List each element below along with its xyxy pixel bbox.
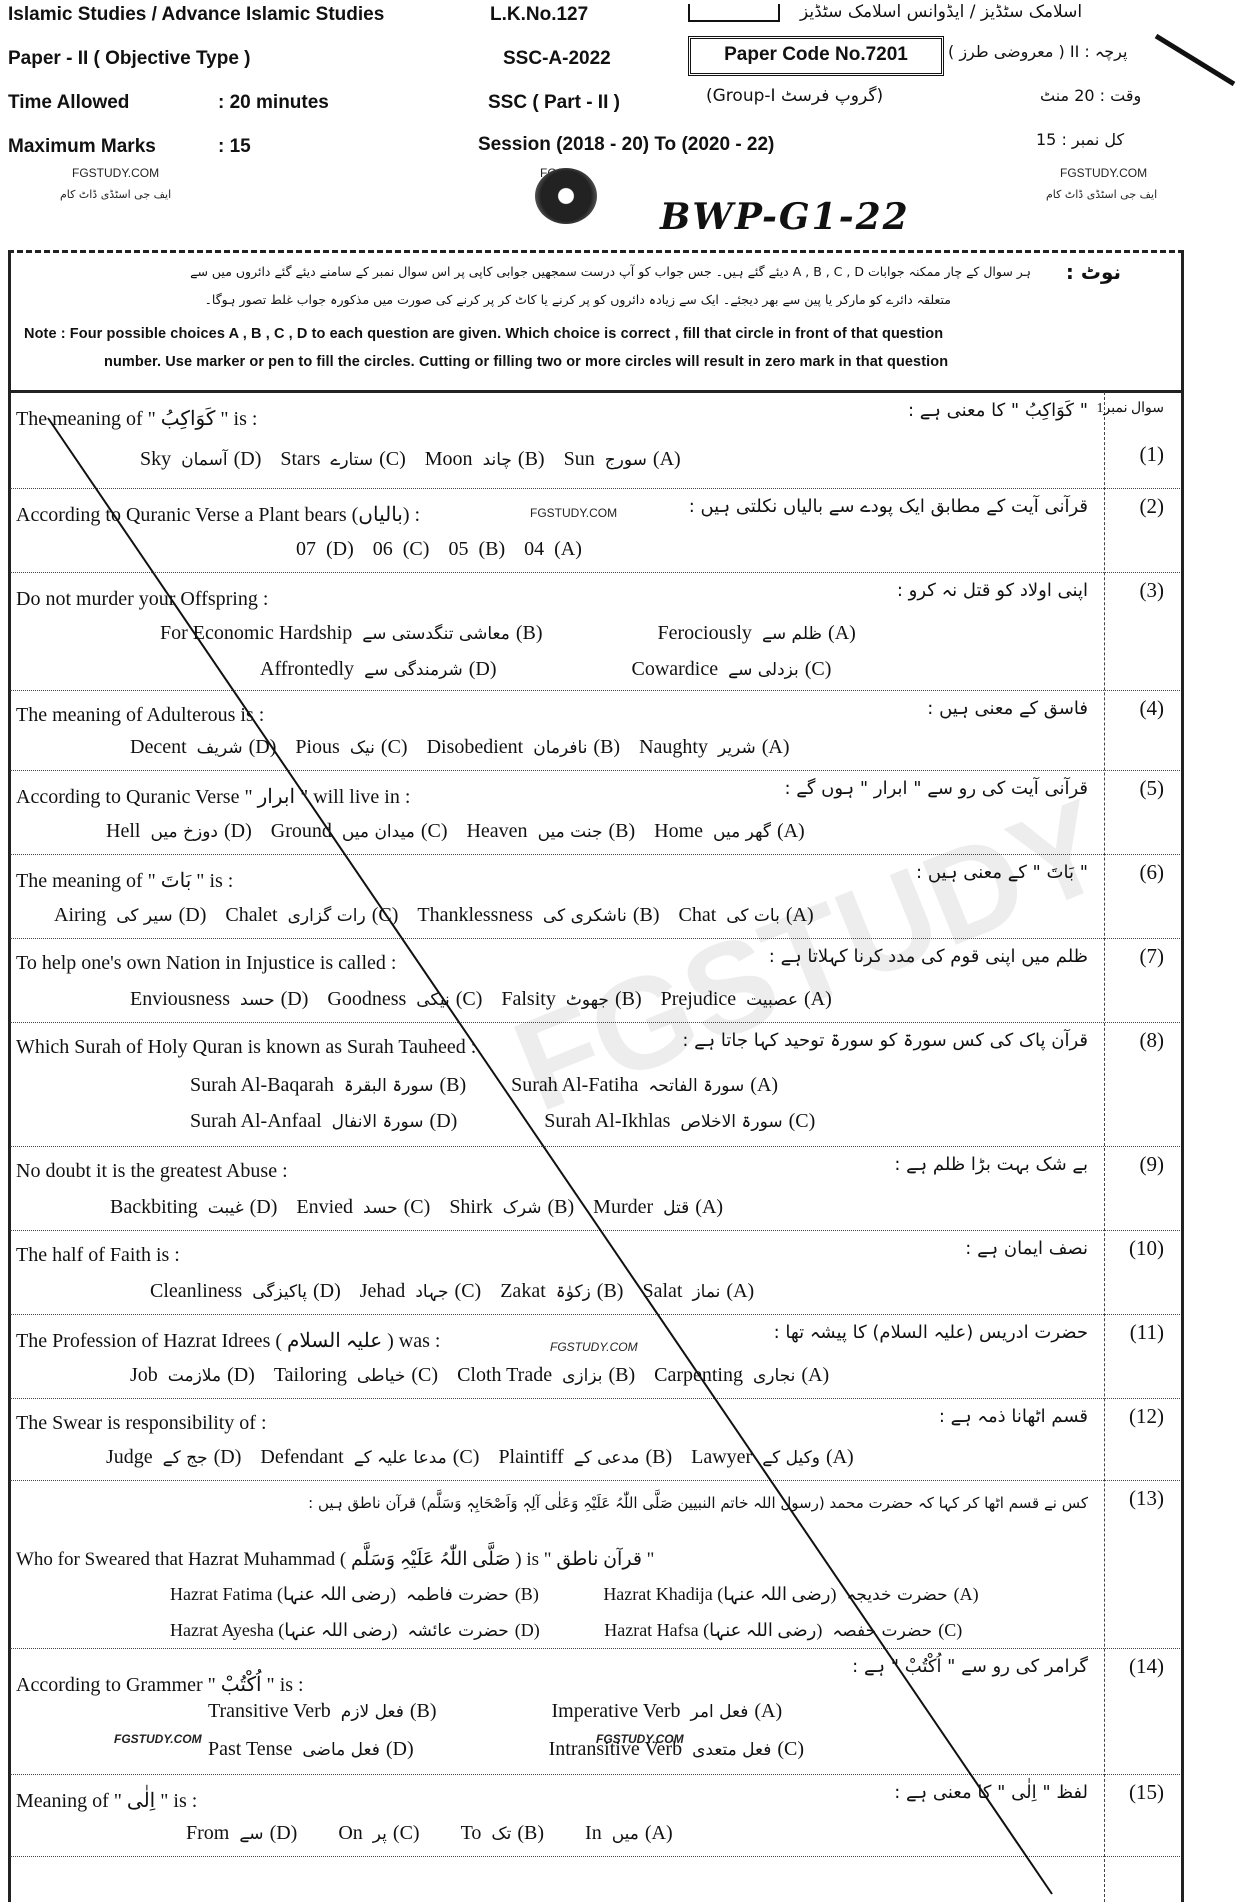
question-number: (15) [1129,1780,1164,1805]
question-text-en: The meaning of " بَاتَ " is : [16,868,233,893]
question-number: (1) [1140,442,1165,467]
question-text-ur: قرآنی آیت کے مطابق ایک پودے سے بالیاں نک… [689,496,1088,517]
question-number: (8) [1140,1028,1165,1053]
note-text-en-2: number. Use marker or pen to fill the ci… [104,354,948,370]
option-b[interactable]: Cloth Tradeبزازی(B) [457,1364,635,1387]
options: 07(D) 06(C) 05(B) 04(A) [296,538,596,561]
options: Backbitingغیبت(D) Enviedحسد(C) Shirkشرک(… [110,1196,737,1219]
option-a[interactable]: Surah Al-Fatihaسورۃ الفاتحہ(A) [511,1074,778,1097]
question-13: کس نے قسم اٹھا کر کہا کہ حضرت محمد (رسول… [10,1480,1180,1649]
question-text-ur: قرآن پاک کی کس سورۃ کو سورۃ توحید کہا جا… [682,1030,1088,1051]
option-c[interactable]: Groundمیدان میں(C) [271,820,448,843]
question-8: Which Surah of Holy Quran is known as Su… [10,1022,1180,1147]
options: Fromسے(D) Onپر(C) Toتک(B) Inمیں(A) [186,1822,687,1845]
option-c[interactable]: Starsستارے(C) [280,448,405,471]
option-b[interactable]: Moonچاند(B) [425,448,545,471]
option-c[interactable]: Hazrat Hafsa (رضی اللہ عنہا)حضرت حفصہ(C) [604,1620,962,1641]
option-d[interactable]: Enviousnessحسد(D) [130,988,308,1011]
lk-number: L.K.No.127 [490,4,588,26]
paper-type: Paper - II ( Objective Type ) [8,48,251,70]
question-text-en: Do not murder your Offspring : [16,588,268,611]
option-b[interactable]: Hazrat Fatima (رضی اللہ عنہا)حضرت فاطمہ(… [170,1584,539,1605]
session: Session (2018 - 20) To (2020 - 22) [478,134,774,156]
exam-code: SSC-A-2022 [503,48,611,70]
options: Enviousnessحسد(D) Goodnessنیکی(C) Falsit… [130,988,846,1011]
option-d[interactable]: Hellدوزخ میں(D) [106,820,252,843]
question-text-en: The meaning of " کَوَاکِبُ " is : [16,406,257,431]
option-c[interactable]: Cowardiceبزدلی سے(C) [631,658,831,681]
question-text-ur: قسم اٹھانا ذمہ ہے : [939,1406,1088,1427]
option-c[interactable]: Intransitive Verbفعل متعدی(C) [549,1738,804,1761]
option-d[interactable]: Affrontedlyشرمندگی سے(D) [260,658,496,681]
option-a[interactable]: Inمیں(A) [585,1822,673,1845]
option-b[interactable]: Thanklessnessناشکری کی(B) [417,904,659,927]
options-row-1: Surah Al-Baqarahسورۃ البقرۃ(B) Surah Al-… [190,1074,792,1097]
options-row-1: For Economic Hardshipمعاشی تنگدستی سے(B)… [160,622,870,645]
options: Hellدوزخ میں(D) Groundمیدان میں(C) Heave… [106,820,819,843]
question-1: The meaning of " کَوَاکِبُ " is : " کَوَ… [10,392,1180,489]
question-12: The Swear is responsibility of : قسم اٹھ… [10,1398,1180,1481]
option-c[interactable]: Jehadجہاد(C) [360,1280,481,1303]
pen-strike-icon [1150,30,1240,90]
watermark: FGSTUDY.COM [530,506,617,520]
paper-code-box: Paper Code No.7201 [688,36,944,76]
question-text-ur: اپنی اولاد کو قتل نہ کرو : [897,580,1088,601]
option-d[interactable]: Skyآسمان(D) [140,448,261,471]
paper-ur: پرچہ : II ( معروضی طرز ) [948,42,1127,61]
question-number: (14) [1129,1654,1164,1679]
subject-title-ur: اسلامک سٹڈیز / ایڈوانس اسلامک سٹڈیز [800,2,1082,22]
option-a[interactable]: Lawyerوکیل کے(A) [691,1446,854,1469]
options-row-2: Hazrat Ayesha (رضی اللہ عنہا)حضرت عائشہ(… [170,1620,976,1641]
question-4: The meaning of Adulterous is : فاسق کے م… [10,690,1180,771]
option-b[interactable]: Zakatزکوٰۃ(B) [500,1280,623,1303]
question-text-ur: گرامر کی رو سے " اُكْتُبْ " ہے : [852,1656,1088,1677]
question-text-en: According to Grammer " اُكْتُبْ " is : [16,1672,304,1697]
option-c[interactable]: Piousنیک(C) [295,736,407,759]
option-b[interactable]: Disobedientنافرمان(B) [427,736,621,759]
question-text-en: Which Surah of Holy Quran is known as Su… [16,1036,476,1059]
watermark: FGSTUDY.COM [114,1732,202,1746]
marks-value: : 15 [218,136,251,158]
question-text-en: The half of Faith is : [16,1244,180,1267]
watermark-ur: ایف جی اسٹڈی ڈاٹ کام [60,188,171,201]
option-a[interactable]: Salatنماز(A) [642,1280,754,1303]
question-10: The half of Faith is : نصف ایمان ہے : (1… [10,1230,1180,1315]
option-d[interactable]: Decentشریف(D) [130,736,276,759]
question-text-ur: حضرت ادریس (علیہ السلام) کا پیشہ تھا : [774,1322,1088,1343]
urdu-title-box [688,4,780,22]
question-text-ur: فاسق کے معنی ہیں : [927,698,1088,719]
question-9: No doubt it is the greatest Abuse : بے ش… [10,1146,1180,1231]
option-b[interactable]: Falsityجھوٹ(B) [501,988,641,1011]
option-d[interactable]: Surah Al-Anfaalسورۃ الانفال(D) [190,1110,457,1133]
question-11: The Profession of Hazrat Idrees ( علیہ ا… [10,1314,1180,1399]
option-a[interactable]: Homeگھر میں(A) [654,820,805,843]
time-ur: وقت : 20 منٹ [1040,86,1141,105]
question-text-en: Meaning of " اِلٰی " is : [16,1788,197,1813]
question-number: (11) [1130,1320,1164,1345]
option-d[interactable]: Fromسے(D) [186,1822,297,1845]
options: Decentشریف(D) Piousنیک(C) Disobedientناف… [130,736,804,759]
option-a[interactable]: Sunسورج(A) [564,448,681,471]
options: Cleanlinessپاکیزگی(D) Jehadجہاد(C) Zakat… [150,1280,768,1303]
options-row-1: Transitive Verbفعل لازم(B) Imperative Ve… [208,1700,796,1723]
option-b[interactable]: Plaintiffمدعی کے(B) [498,1446,672,1469]
question-text-ur: " بَاتَ " کے معنی ہیں : [916,862,1088,883]
option-c[interactable]: Enviedحسد(C) [296,1196,430,1219]
option-c[interactable]: Surah Al-Ikhlasسورۃ الاخلاص(C) [544,1110,815,1133]
options: Jobملازمت(D) Tailoringخیاطی(C) Cloth Tra… [130,1364,843,1387]
option-d[interactable]: Cleanlinessپاکیزگی(D) [150,1280,341,1303]
handwritten-code: BWP-G1-22 [660,196,910,238]
option-b[interactable]: Heavenجنت میں(B) [466,820,635,843]
option-d[interactable]: Backbitingغیبت(D) [110,1196,277,1219]
question-text-ur: بے شک بہت بڑا ظلم ہے : [894,1154,1088,1175]
option-d[interactable]: 07(D) [296,538,354,561]
marks-ur: کل نمبر : 15 [1036,130,1124,149]
question-number: (13) [1129,1486,1164,1511]
option-c[interactable]: Chaletرات گزاری(C) [225,904,398,927]
watermark-en: FGSTUDY.COM [72,166,159,180]
option-a[interactable]: Hazrat Khadija (رضی اللہ عنہا)حضرت خدیجہ… [603,1584,978,1605]
question-14: According to Grammer " اُكْتُبْ " is : گ… [10,1648,1180,1775]
options-row-2: Affrontedlyشرمندگی سے(D) Cowardiceبزدلی … [260,658,845,681]
options: Airingسیر کی(D) Chaletرات گزاری(C) Thank… [54,904,828,927]
option-d[interactable]: Judgeجج کے(D) [106,1446,241,1469]
note-label-ur: نوٹ : [1066,260,1121,284]
instructions-box: نوٹ : ہر سوال کے چار ممکنہ جوابات A , B … [8,250,1181,393]
question-text-ur: کس نے قسم اٹھا کر کہا کہ حضرت محمد (رسول… [188,1488,1088,1518]
watermark: FGSTUDY.COM [550,1340,638,1354]
question-text-ur: لفظ " اِلٰی " کا معنی ہے : [894,1782,1088,1803]
option-a[interactable]: Imperative Verbفعل امر(A) [552,1700,783,1723]
option-d[interactable]: Airingسیر کی(D) [54,904,206,927]
options-row-2: Surah Al-Anfaalسورۃ الانفال(D) Surah Al-… [190,1110,829,1133]
question-text-ur: " کَوَاکِبُ " کا معنی ہے : [908,400,1088,421]
option-b[interactable]: Surah Al-Baqarahسورۃ البقرۃ(B) [190,1074,466,1097]
option-d[interactable]: Past Tenseفعل ماضی(D) [208,1738,414,1761]
option-a[interactable]: Chatبات کی(A) [678,904,813,927]
options-row-1: Hazrat Fatima (رضی اللہ عنہا)حضرت فاطمہ(… [170,1584,993,1605]
option-b[interactable]: For Economic Hardshipمعاشی تنگدستی سے(B) [160,622,543,645]
options-row-2: Past Tenseفعل ماضی(D) Intransitive Verbف… [208,1738,818,1761]
question-3: Do not murder your Offspring : اپنی اولا… [10,572,1180,691]
option-c[interactable]: Defendantمدعا علیہ کے(C) [260,1446,479,1469]
question-text-en: The Profession of Hazrat Idrees ( علیہ ا… [16,1328,440,1353]
option-a[interactable]: Ferociouslyظلم سے(A) [658,622,856,645]
question-6: The meaning of " بَاتَ " is : " بَاتَ " … [10,854,1180,939]
question-number: (4) [1140,696,1165,721]
option-a[interactable]: Murderقتل(A) [593,1196,723,1219]
group: (Group-I گروپ فرسٹ) [706,86,883,106]
question-5: According to Quranic Verse " ابرار " wil… [10,770,1180,855]
question-text-en: No doubt it is the greatest Abuse : [16,1160,288,1183]
question-text-ur: قرآنی آیت کی رو سے " ابرار " ہوں گے : [785,778,1088,799]
option-a[interactable]: Prejudiceعصبیت(A) [661,988,832,1011]
watermark-ur-right: ایف جی اسٹڈی ڈاٹ کام [1046,188,1157,201]
question-text-en: The Swear is responsibility of : [16,1412,267,1435]
question-15: Meaning of " اِلٰی " is : لفظ " اِلٰی " … [10,1774,1180,1857]
question-text-ur: نصف ایمان ہے : [965,1238,1088,1259]
question-7: To help one's own Nation in Injustice is… [10,938,1180,1023]
board-logo [535,168,597,224]
note-text-en-1: Note : Four possible choices A , B , C ,… [24,326,943,342]
time-label: Time Allowed [8,92,129,114]
option-c[interactable]: Tailoringخیاطی(C) [274,1364,438,1387]
exam-part: SSC ( Part - II ) [488,92,620,114]
marks-label: Maximum Marks [8,136,156,158]
option-c[interactable]: Onپر(C) [338,1822,419,1845]
question-2: According to Quranic Verse a Plant bears… [10,488,1180,573]
question-number: (10) [1129,1236,1164,1261]
time-value: : 20 minutes [218,92,329,114]
option-d[interactable]: Jobملازمت(D) [130,1364,255,1387]
option-b[interactable]: Transitive Verbفعل لازم(B) [208,1700,437,1723]
option-a[interactable]: 04(A) [524,538,582,561]
option-c[interactable]: Goodnessنیکی(C) [327,988,482,1011]
option-c[interactable]: 06(C) [373,538,430,561]
option-b[interactable]: Toتک(B) [461,1822,544,1845]
question-text-en: According to Quranic Verse " ابرار " wil… [16,784,410,809]
question-number: (9) [1140,1152,1165,1177]
option-a[interactable]: Carpentingنجاری(A) [654,1364,829,1387]
question-number: (7) [1140,944,1165,969]
question-text-en: The meaning of Adulterous is : [16,704,264,727]
option-d[interactable]: Hazrat Ayesha (رضی اللہ عنہا)حضرت عائشہ(… [170,1620,540,1641]
question-number: (2) [1140,494,1165,519]
option-b[interactable]: Shirkشرک(B) [449,1196,574,1219]
question-text-en: According to Quranic Verse a Plant bears… [16,502,420,527]
question-text-en: Who for Sweared that Hazrat Muhammad ( ص… [16,1548,654,1571]
watermark-en-right: FGSTUDY.COM [1060,166,1147,180]
options: Skyآسمان(D) Starsستارے(C) Moonچاند(B) Su… [140,448,695,471]
question-number: (12) [1129,1404,1164,1429]
option-b[interactable]: 05(B) [448,538,505,561]
question-label-ur: سوال نمبر1 [1097,400,1164,417]
note-text-ur-2: متعلقہ دائرے کو مارکر یا پین سے بھر دیجئ… [205,292,951,307]
question-number: (5) [1140,776,1165,801]
question-number: (6) [1140,860,1165,885]
note-text-ur-1: ہر سوال کے چار ممکنہ جوابات A , B , C , … [190,264,1031,279]
question-text-ur: ظلم میں اپنی قوم کی مدد کرنا کہلاتا ہے : [769,946,1088,967]
question-text-en: To help one's own Nation in Injustice is… [16,952,396,975]
question-number: (3) [1140,578,1165,603]
options: Judgeجج کے(D) Defendantمدعا علیہ کے(C) P… [106,1446,868,1469]
subject-title-en: Islamic Studies / Advance Islamic Studie… [8,4,384,26]
option-a[interactable]: Naughtyشریر(A) [639,736,789,759]
